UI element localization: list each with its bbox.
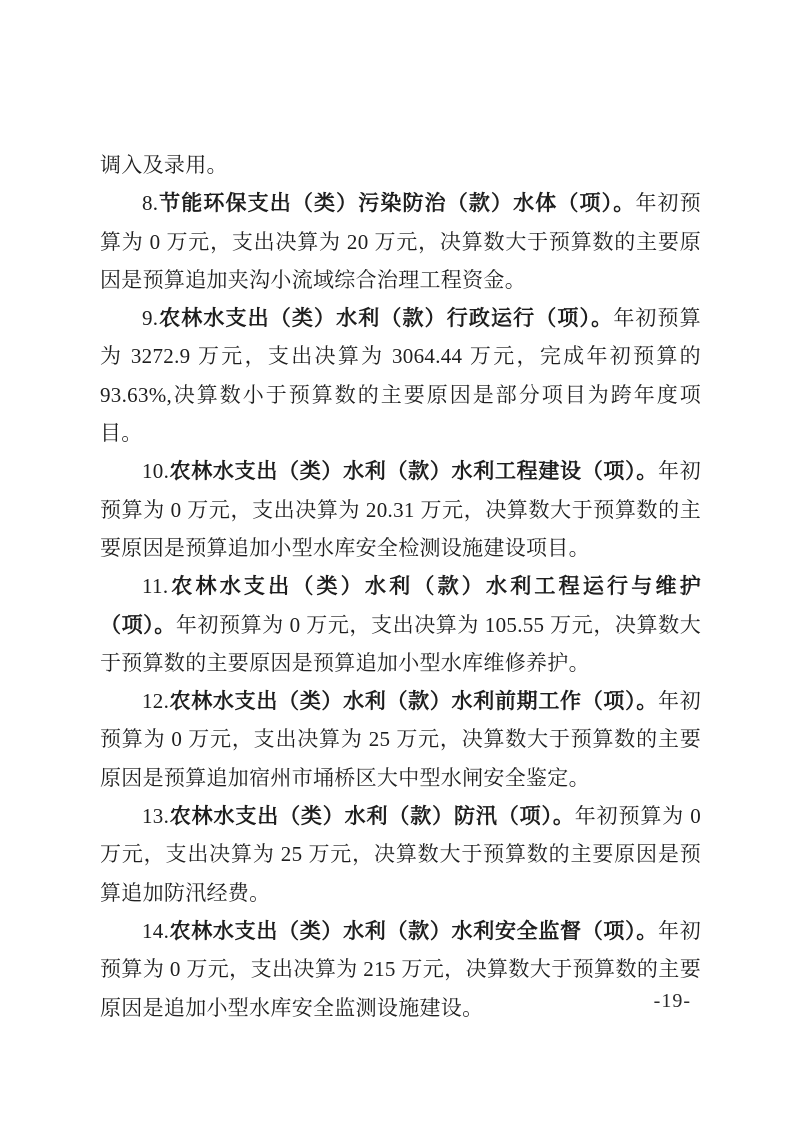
item-title: 农林水支出（类）水利（款）水利安全监督（项）。 — [169, 919, 658, 943]
item-title: 农林水支出（类）水利（款）水利工程建设（项）。 — [169, 459, 658, 483]
document-page: 调入及录用。 8.节能环保支出（类）污染防治（款）水体（项）。年初预算为 0 万… — [0, 0, 793, 1122]
paragraph-text: 年初预算为 0 万元，支出决算为 105.55 万元，决算数大于预算数的主要原因… — [100, 613, 701, 675]
paragraph: 9.农林水支出（类）水利（款）行政运行（项）。年初预算为 3272.9 万元，支… — [100, 299, 701, 452]
paragraph-text: 调入及录用。 — [100, 153, 228, 177]
paragraph: 12.农林水支出（类）水利（款）水利前期工作（项）。年初预算为 0 万元，支出决… — [100, 682, 701, 797]
item-number: 12. — [142, 689, 169, 713]
paragraph: 13.农林水支出（类）水利（款）防汛（项）。年初预算为 0 万元，支出决算为 2… — [100, 797, 701, 912]
paragraph: 11.农林水支出（类）水利（款）水利工程运行与维护（项）。年初预算为 0 万元，… — [100, 567, 701, 682]
item-number: 9. — [142, 306, 158, 330]
paragraph: 10.农林水支出（类）水利（款）水利工程建设（项）。年初预算为 0 万元，支出决… — [100, 452, 701, 567]
item-title: 农林水支出（类）水利（款）行政运行（项）。 — [158, 306, 613, 330]
page-number: -19- — [654, 989, 691, 1013]
item-number: 13. — [142, 804, 169, 828]
item-number: 11. — [142, 574, 168, 598]
paragraph: 调入及录用。 — [100, 146, 701, 184]
item-number: 8. — [142, 191, 158, 215]
item-number: 10. — [142, 459, 169, 483]
document-body: 调入及录用。 8.节能环保支出（类）污染防治（款）水体（项）。年初预算为 0 万… — [100, 146, 701, 1027]
item-title: 农林水支出（类）水利（款）水利前期工作（项）。 — [169, 689, 658, 713]
paragraph: 14.农林水支出（类）水利（款）水利安全监督（项）。年初预算为 0 万元，支出决… — [100, 912, 701, 1027]
item-title: 节能环保支出（类）污染防治（款）水体（项）。 — [158, 191, 635, 215]
item-number: 14. — [142, 919, 169, 943]
item-title: 农林水支出（类）水利（款）防汛（项）。 — [169, 804, 575, 828]
paragraph: 8.节能环保支出（类）污染防治（款）水体（项）。年初预算为 0 万元，支出决算为… — [100, 184, 701, 299]
